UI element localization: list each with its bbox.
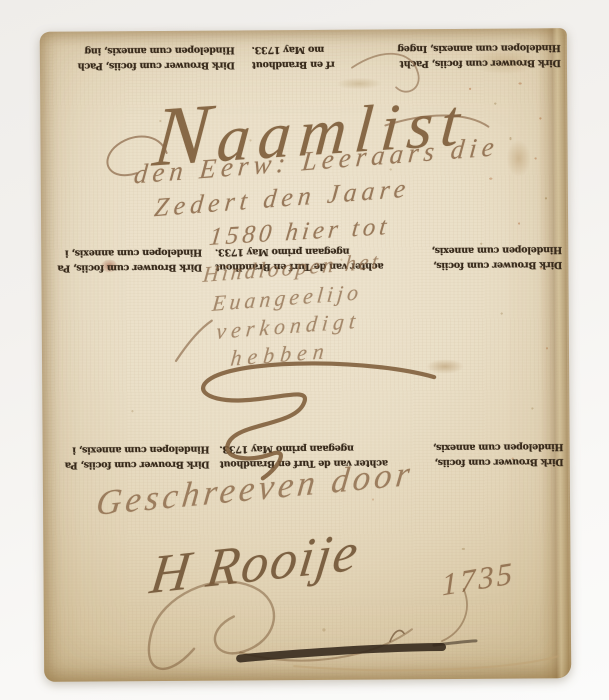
bottom-small-mark [390, 631, 404, 642]
bottom-edge-crease [294, 656, 558, 671]
signature-year: 1735 [441, 555, 515, 603]
printed-fragment: Dirk Brouwer cum fociis, Pa Hindelopen c… [48, 441, 210, 472]
printed-line: Hindelopen cum annexis, i [48, 441, 210, 457]
right-edge-fold [537, 28, 570, 678]
smudge-stain [426, 359, 464, 374]
photo-background: Dirk Brouwer cum fociis, Pach Hindelopen… [0, 0, 609, 700]
bottom-ink-smudge-tail [434, 641, 476, 645]
printed-line: Hindelopen cum annexis, i [46, 244, 202, 260]
printed-fragment: Dirk Brouwer cum fociis, Pach Hindelopen… [45, 42, 235, 73]
printed-line: Dirk Brouwer cum fociis, Pa [48, 456, 210, 472]
printed-line: Dirk Brouwer cum fociis, Pa [46, 259, 202, 275]
printed-fragment: Dirk Brouwer cum fociis, P Hindelopen cu… [432, 439, 564, 469]
printed-line: mo May 1733. [252, 41, 348, 56]
printed-line: Hindelopen cum annexis, Ingeg [365, 40, 561, 56]
verkondigt-lead-stroke [176, 321, 212, 361]
body-line-hebben: hebben [229, 338, 331, 372]
printed-fragment: Dirk Brouwer cum fociis, Pacht Hindelope… [365, 40, 561, 71]
bottom-ink-smudge [240, 647, 442, 658]
printed-line: rf en Brandhout [252, 56, 348, 71]
printed-fragment: Dirk Brouwer cum fociis, Pa Hindelopen c… [46, 244, 202, 275]
printed-line: ngegaan primo May 1733. [220, 440, 422, 456]
printed-line: Dirk Brouwer cum fociis, Pach [45, 57, 235, 73]
printed-band-top: Dirk Brouwer cum fociis, Pach Hindelopen… [45, 35, 561, 73]
printed-fragment: Dirk Brouwer cum fociis, P Hindelopen cu… [430, 242, 562, 272]
signature-underline-sweep [240, 629, 412, 661]
printed-line: Hindelopen cum annexis, [430, 242, 562, 258]
printed-line: Hindelopen cum annexis, [432, 439, 564, 455]
edge-stain [507, 140, 531, 176]
manuscript-page: Dirk Brouwer cum fociis, Pach Hindelopen… [40, 28, 572, 682]
signature-name: H Rooije [147, 520, 364, 607]
printed-line: Dirk Brouwer cum fociis, P [432, 453, 564, 469]
printed-line: Hindelopen cum annexis, ing [45, 42, 235, 58]
printed-line: Dirk Brouwer cum fociis, P [430, 256, 562, 272]
printed-fragment: rf en Brandhout mo May 1733. [252, 41, 348, 71]
